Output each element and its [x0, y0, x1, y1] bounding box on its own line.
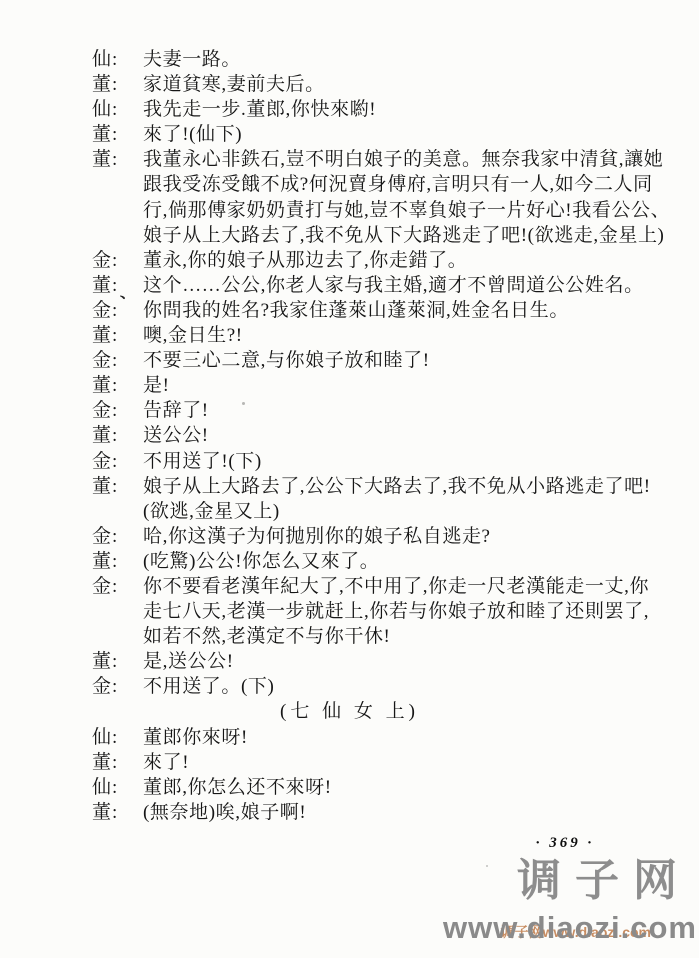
dialogue-line: 金:你問我的姓名?我家住蓬萊山蓬萊洞,姓金名日生。 — [0, 298, 699, 323]
dialogue-line: 仙:我先走一步.董郎,你快來喲! — [0, 97, 699, 122]
speaker-label: 董: — [92, 72, 143, 97]
dialogue-line: 仙:董郎你來呀! — [0, 725, 699, 750]
speaker-label: 仙: — [92, 775, 143, 800]
stage-direction: (七 仙 女 上) — [0, 699, 699, 724]
dialogue-text: 你不要看老漢年紀大了,不中用了,你走一尺老漢能走一丈,你 走七八天,老漢一步就赶… — [143, 574, 698, 649]
watermark-site-name: 调子网 — [517, 844, 691, 908]
scanned-script-page: 仙:夫妻一路。董:家道貧寒,妻前夫后。仙:我先走一步.董郎,你快來喲!董:來了!… — [0, 0, 699, 958]
watermark-site-url: www.diaozi.com — [443, 910, 697, 946]
dialogue-text: 告辞了! — [143, 398, 698, 423]
dialogue-line: 董:这个……公公,你老人家与我主婚,適才不曾問道公公姓名。 — [0, 273, 699, 298]
dialogue-text: 不要三心二意,与你娘子放和睦了! — [143, 348, 698, 373]
dialogue-text: 董郎,你怎么还不來呀! — [143, 775, 698, 800]
speaker-label: 金: — [92, 574, 143, 599]
speaker-label: 金: — [92, 248, 143, 273]
speaker-label: 董: — [92, 373, 143, 398]
dialogue-text: 哈,你这漢子为何抛別你的娘子私自逃走? — [143, 524, 698, 549]
dialogue-line: 董:(吃驚)公公!你怎么又來了。 — [0, 549, 699, 574]
speaker-label: 金: — [92, 298, 143, 323]
dialogue-line: 金:不要三心二意,与你娘子放和睦了! — [0, 348, 699, 373]
speaker-label: 金: — [92, 449, 143, 474]
speaker-label: 董: — [92, 649, 143, 674]
speaker-label: 仙: — [92, 47, 143, 72]
dialogue-text: 家道貧寒,妻前夫后。 — [143, 72, 698, 97]
speaker-label: 仙: — [92, 725, 143, 750]
dialogue-text: 夫妻一路。 — [143, 47, 698, 72]
speaker-label: 金: — [92, 524, 143, 549]
speaker-label: 仙: — [92, 97, 143, 122]
dialogue-text: 这个……公公,你老人家与我主婚,適才不曾問道公公姓名。 — [143, 273, 698, 298]
dialogue-line: 董:我董永心非鉄石,豈不明白娘子的美意。無奈我家中清貧,讓她 跟我受冻受餓不成?… — [0, 147, 699, 247]
scan-speck — [486, 865, 488, 867]
scan-speck — [242, 402, 245, 405]
dialogue-line: 董:家道貧寒,妻前夫后。 — [0, 72, 699, 97]
dialogue-text: 你問我的姓名?我家住蓬萊山蓬萊洞,姓金名日生。 — [143, 298, 698, 323]
dialogue-line: 金:不用送了。(下) — [0, 674, 699, 699]
dialogue-text: 送公公! — [143, 423, 698, 448]
speaker-label: 金: — [92, 348, 143, 373]
dialogue-text: 娘子从上大路去了,公公下大路去了,我不免从小路逃走了吧! (欲逃,金星又上) — [143, 474, 698, 524]
dialogue-line: 董:娘子从上大路去了,公公下大路去了,我不免从小路逃走了吧! (欲逃,金星又上) — [0, 474, 699, 524]
dialogue-text: 我董永心非鉄石,豈不明白娘子的美意。無奈我家中清貧,讓她 跟我受冻受餓不成?何況… — [143, 147, 698, 247]
dialogue-line: 金:你不要看老漢年紀大了,不中用了,你走一尺老漢能走一丈,你 走七八天,老漢一步… — [0, 574, 699, 649]
speaker-label: 董: — [92, 323, 143, 348]
dialogue-text: 噢,金日生?! — [143, 323, 698, 348]
dialogue-line: 董:是! — [0, 373, 699, 398]
dialogue-text: (吃驚)公公!你怎么又來了。 — [143, 549, 698, 574]
speaker-label: 董: — [92, 549, 143, 574]
dialogue-text: 董郎你來呀! — [143, 725, 698, 750]
speaker-label: 董: — [92, 474, 143, 499]
dialogue-text: (無奈地)唉,娘子啊! — [143, 800, 698, 825]
dialogue-line: 董:是,送公公! — [0, 649, 699, 674]
dialogue-line: 董:送公公! — [0, 423, 699, 448]
watermark: 调子网www.diaozi.com 调子网 www.diaozi.com — [439, 858, 699, 958]
dialogue-line: 仙:董郎,你怎么还不來呀! — [0, 775, 699, 800]
dialogue-line: 董:來了! — [0, 750, 699, 775]
dialogue-text: 不用送了。(下) — [143, 674, 698, 699]
speaker-label: 董: — [92, 122, 143, 147]
watermark-overlay-text: 调子网www.diaozi.com — [501, 922, 651, 942]
dialogue-line: 董:(無奈地)唉,娘子啊! — [0, 800, 699, 825]
speaker-label: 董: — [92, 750, 143, 775]
dialogue-script: 仙:夫妻一路。董:家道貧寒,妻前夫后。仙:我先走一步.董郎,你快來喲!董:來了!… — [0, 47, 699, 825]
speaker-label: 董: — [92, 800, 143, 825]
dialogue-line: 金:不用送了!(下) — [0, 449, 699, 474]
speaker-label: 董: — [92, 147, 143, 172]
speaker-label: 金: — [92, 674, 143, 699]
dialogue-line: 金:哈,你这漢子为何抛別你的娘子私自逃走? — [0, 524, 699, 549]
dialogue-line: 金:告辞了! — [0, 398, 699, 423]
dialogue-line: 董:噢,金日生?! — [0, 323, 699, 348]
speaker-label: 董: — [92, 423, 143, 448]
dialogue-text: 是! — [143, 373, 698, 398]
dialogue-line: 仙:夫妻一路。 — [0, 47, 699, 72]
dialogue-text: 是,送公公! — [143, 649, 698, 674]
dialogue-text: 董永,你的娘子从那边去了,你走錯了。 — [143, 248, 698, 273]
page-number: · 369 · — [520, 835, 610, 852]
dialogue-line: 金:董永,你的娘子从那边去了,你走錯了。 — [0, 248, 699, 273]
dialogue-text: 不用送了!(下) — [143, 449, 698, 474]
speaker-label: 金: — [92, 398, 143, 423]
dialogue-text: 來了!(仙下) — [143, 122, 698, 147]
dialogue-text: 來了! — [143, 750, 698, 775]
dialogue-text: 我先走一步.董郎,你快來喲! — [143, 97, 698, 122]
dialogue-line: 董:來了!(仙下) — [0, 122, 699, 147]
